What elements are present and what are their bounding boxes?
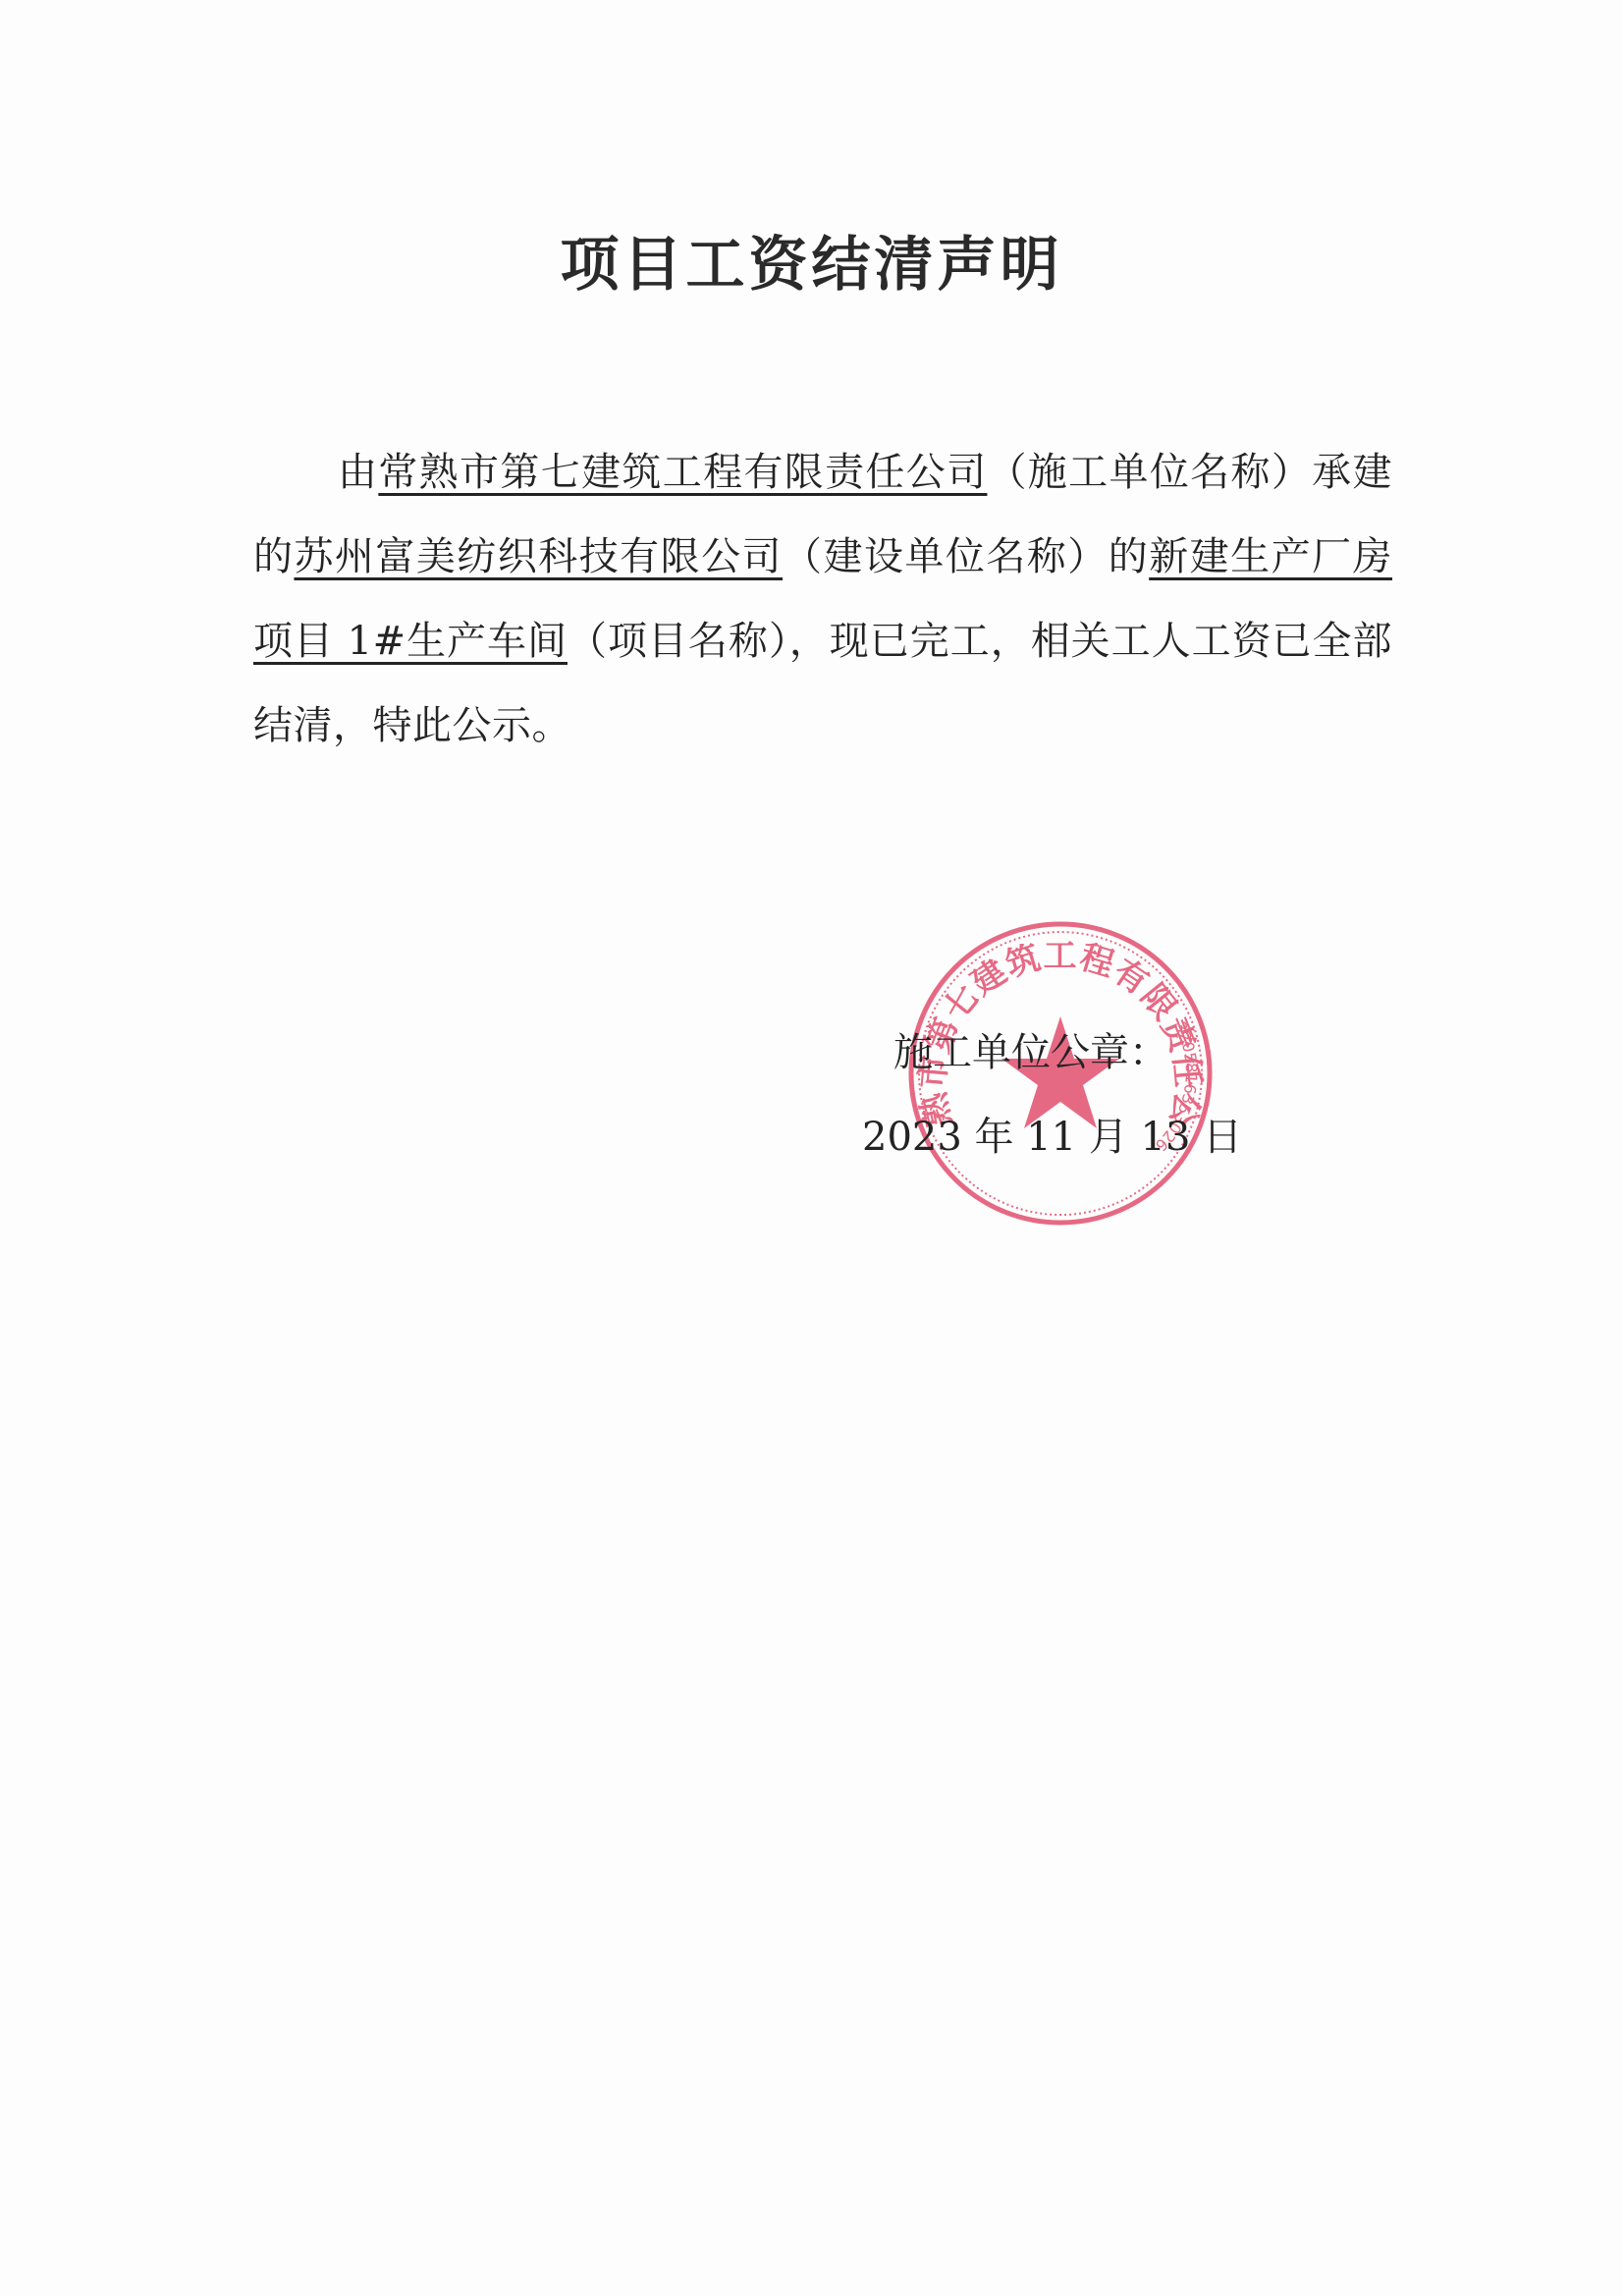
declaration-paragraph: 由常熟市第七建筑工程有限责任公司（施工单位名称）承建的苏州富美纺织科技有限公司（… xyxy=(253,430,1392,768)
signature-label: 施工单位公章： xyxy=(893,1021,1168,1077)
text-segment: （建设单位名称）的 xyxy=(783,534,1149,579)
contractor-name: 常熟市第七建筑工程有限责任公司 xyxy=(378,450,987,495)
owner-name: 苏州富美纺织科技有限公司 xyxy=(294,534,783,579)
document-page: 项目工资结清声明 由常熟市第七建筑工程有限责任公司（施工单位名称）承建的苏州富美… xyxy=(0,0,1623,2296)
document-title: 项目工资结清声明 xyxy=(0,218,1623,302)
text-segment: 由 xyxy=(338,450,378,495)
signature-date: 2023 年 11 月 13 日 xyxy=(862,1106,1242,1162)
